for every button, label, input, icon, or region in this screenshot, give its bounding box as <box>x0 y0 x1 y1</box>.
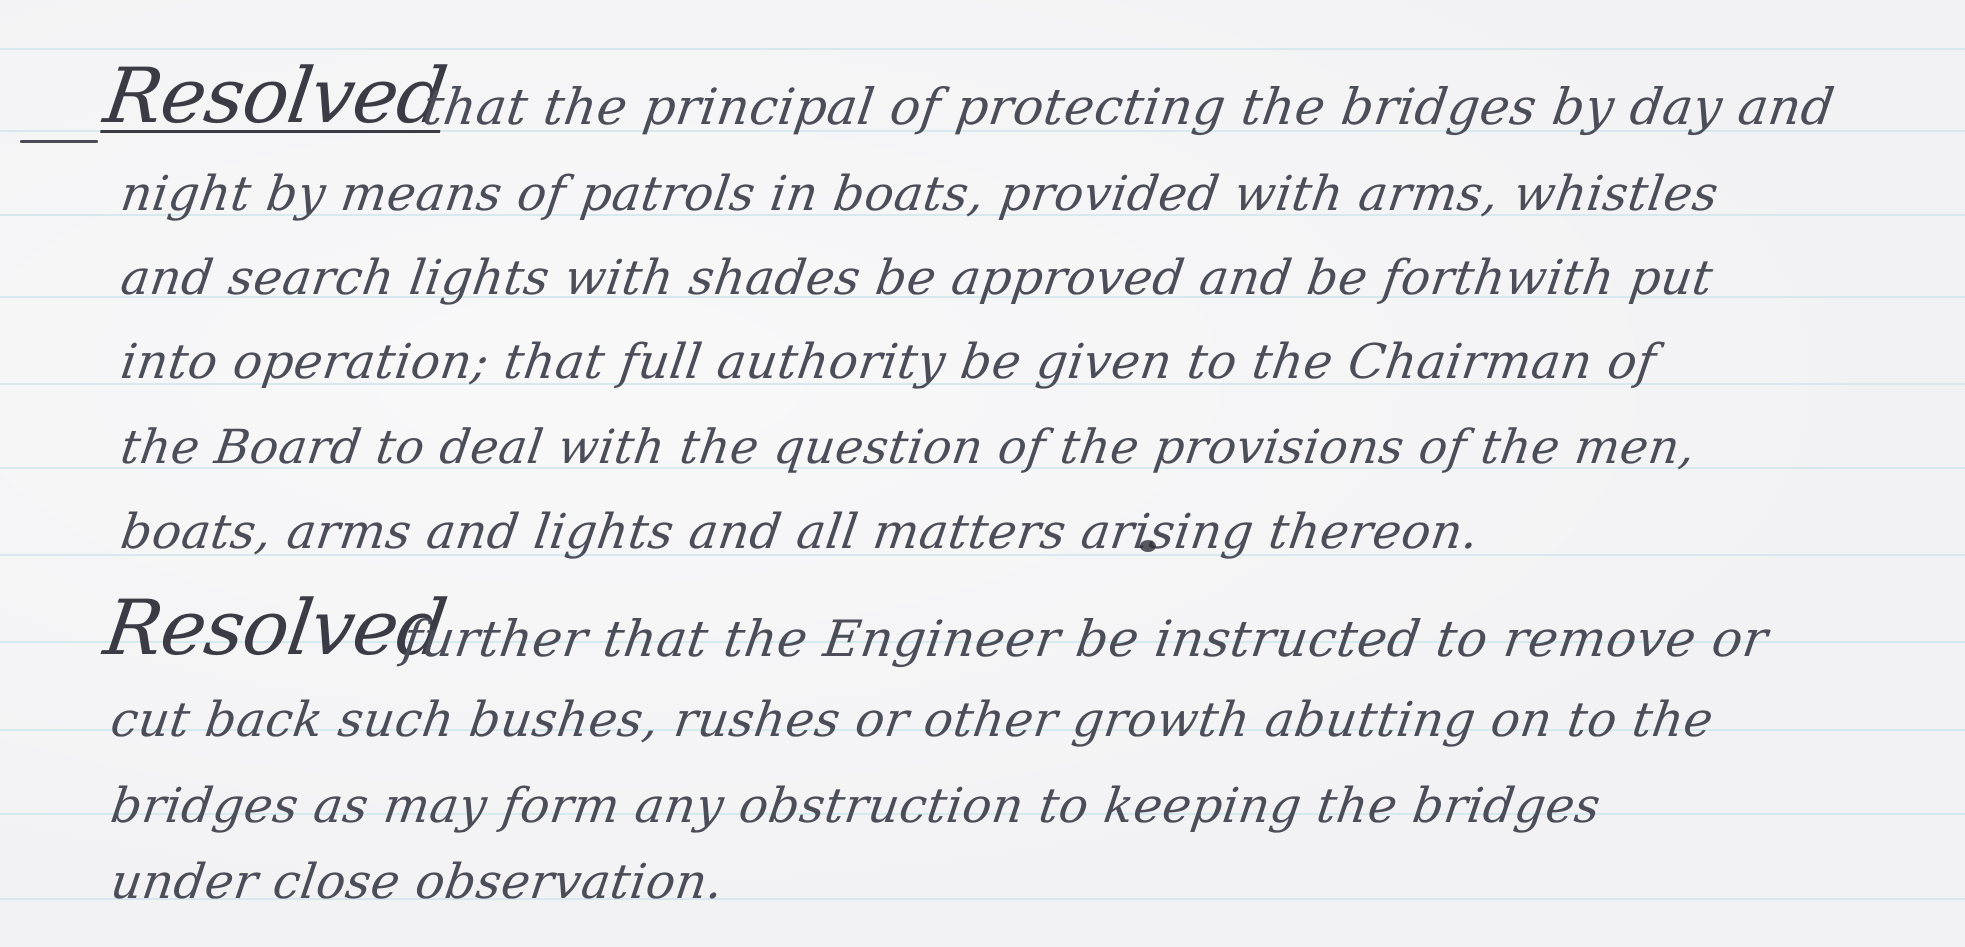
handwritten-line: into operation; that full authority be g… <box>118 338 1659 386</box>
manuscript-page: Resolved that the principal of protectin… <box>0 0 1965 947</box>
ink-blot <box>1140 540 1156 552</box>
resolution-heading: Resolved <box>100 58 451 134</box>
handwritten-line: and search lights with shades be approve… <box>118 254 1716 302</box>
handwritten-line: under close observation. <box>108 858 726 906</box>
resolution-heading: Resolved <box>100 590 451 666</box>
handwritten-line: night by means of patrols in boats, prov… <box>118 170 1721 218</box>
handwritten-line: the Board to deal with the question of t… <box>118 424 1698 471</box>
handwritten-line: bridges as may form any obstruction to k… <box>108 782 1604 830</box>
handwritten-line: boats, arms and lights and all matters a… <box>118 508 1482 556</box>
handwritten-line: that the principal of protecting the bri… <box>420 82 1838 132</box>
handwritten-line: further that the Engineer be instructed … <box>400 614 1771 664</box>
lead-flourish-dash <box>20 140 98 143</box>
ruled-line <box>0 48 1965 50</box>
handwritten-line: cut back such bushes, rushes or other gr… <box>108 696 1716 744</box>
